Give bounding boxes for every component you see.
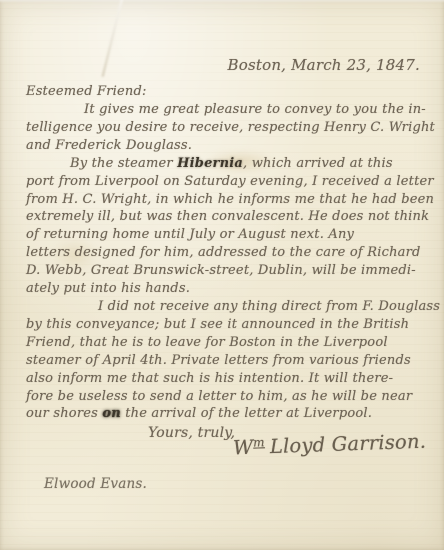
salutation: Esteemed Friend: bbox=[26, 83, 428, 101]
letter-line: our shores on the arrival of the letter … bbox=[26, 405, 428, 423]
letter-line: By the steamer Hibernia, which arrived a… bbox=[26, 155, 428, 173]
dateline: Boston, March 23, 1847. bbox=[26, 54, 428, 76]
marked-word: on bbox=[102, 406, 121, 421]
letter-line: fore be useless to send a letter to him,… bbox=[26, 388, 428, 406]
letter-line: telligence you desire to receive, respec… bbox=[26, 119, 428, 137]
letter-line: from H. C. Wright, in which he informs m… bbox=[26, 191, 428, 209]
signature: WmLloyd Garrison. bbox=[233, 430, 427, 460]
letter-line: steamer of April 4th. Private letters fr… bbox=[26, 352, 428, 370]
addressee: Elwood Evans. bbox=[44, 476, 428, 492]
letter-line: D. Webb, Great Brunswick-street, Dublin,… bbox=[26, 262, 428, 280]
letter-line: letters designed for him, addressed to t… bbox=[26, 244, 428, 262]
signature-rest: Lloyd Garrison. bbox=[269, 430, 426, 458]
closing-row: Yours, truly, WmLloyd Garrison. bbox=[26, 423, 428, 467]
letter-line: and Frederick Douglass. bbox=[26, 137, 428, 155]
letter-line: It gives me great pleasure to convey to … bbox=[26, 101, 428, 119]
letter-line: I did not receive any thing direct from … bbox=[26, 298, 428, 316]
letter-line: by this conveyance; but I see it announc… bbox=[26, 316, 428, 334]
signature-superscript: m bbox=[253, 436, 265, 450]
letter-line: ately put into his hands. bbox=[26, 280, 428, 298]
letter-line: Friend, that he is to leave for Boston i… bbox=[26, 334, 428, 352]
marked-word: Hibernia bbox=[177, 156, 243, 171]
signature-prefix: W bbox=[233, 436, 254, 460]
letter-page: Boston, March 23, 1847. Esteemed Friend:… bbox=[0, 0, 444, 550]
paper-edge-highlight bbox=[0, 0, 444, 3]
letter-line: of returning home until July or August n… bbox=[26, 226, 428, 244]
letter-content: Boston, March 23, 1847. Esteemed Friend:… bbox=[26, 54, 428, 550]
letter-line: extremely ill, but was then convalescent… bbox=[26, 208, 428, 226]
letter-body: It gives me great pleasure to convey to … bbox=[26, 101, 428, 423]
letter-line: also inform me that such is his intentio… bbox=[26, 370, 428, 388]
closing: Yours, truly, bbox=[148, 425, 235, 441]
letter-line: port from Liverpool on Saturday evening,… bbox=[26, 173, 428, 191]
